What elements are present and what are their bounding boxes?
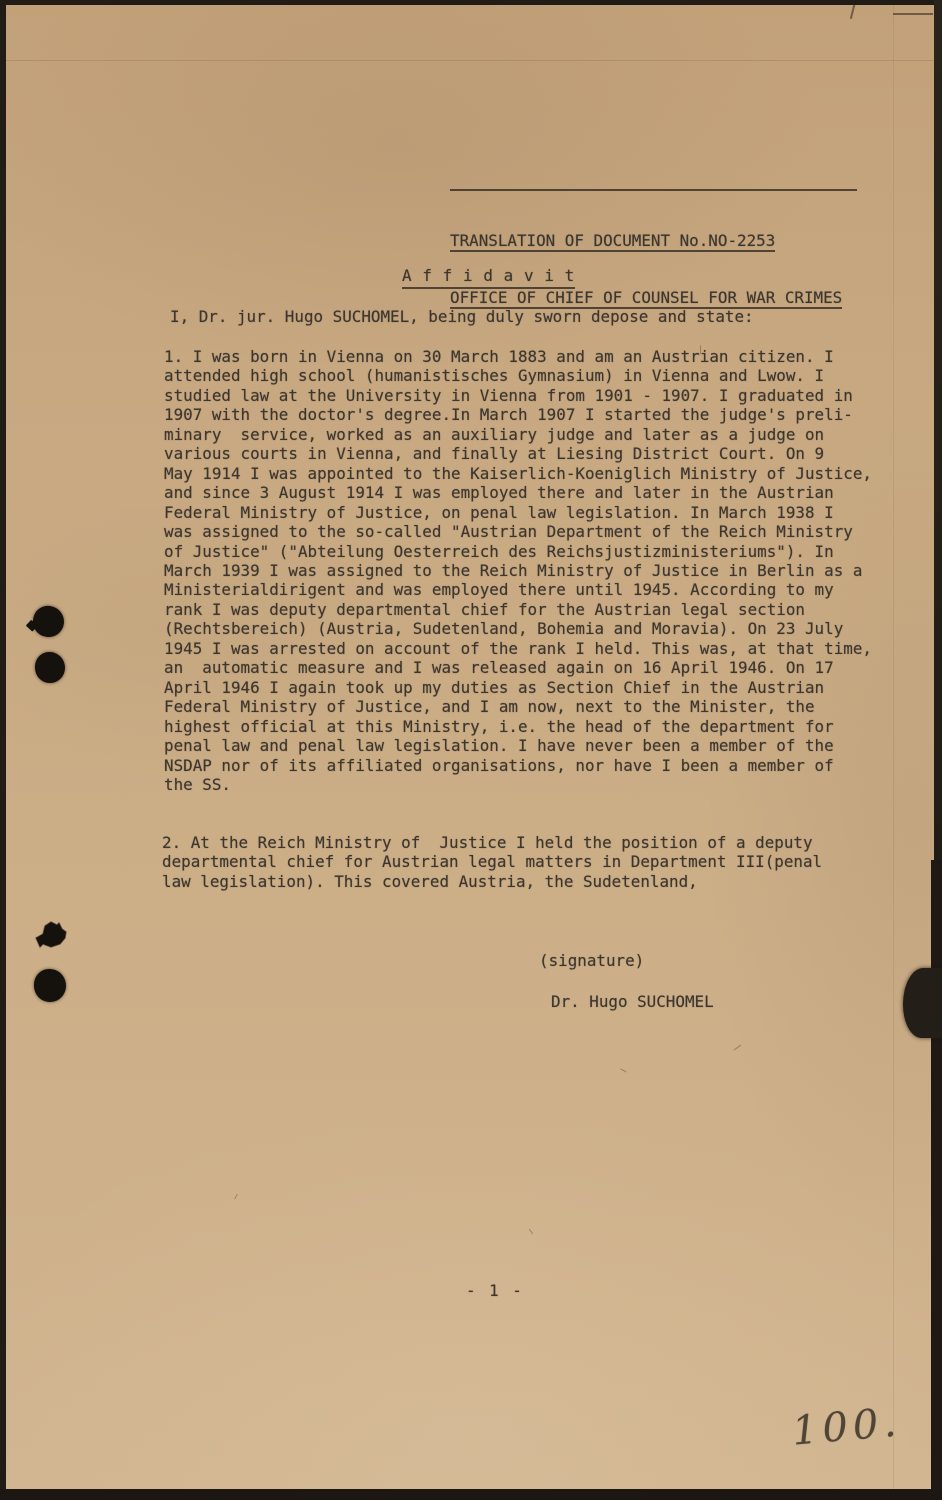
- page-number: - 1 -: [466, 1281, 524, 1300]
- header-line-1-text: TRANSLATION OF DOCUMENT No.NO-2253: [450, 231, 775, 252]
- text-line: various courts in Vienna, and finally at…: [164, 444, 872, 463]
- punch-hole: [34, 969, 66, 1002]
- text-line: 1. I was born in Vienna on 30 March 1883…: [164, 347, 872, 366]
- paragraph-1: 1. I was born in Vienna on 30 March 1883…: [164, 347, 872, 794]
- text-line: the SS.: [164, 775, 872, 794]
- text-line: May 1914 I was appointed to the Kaiserli…: [164, 464, 872, 483]
- text-line: studied law at the University in Vienna …: [164, 386, 872, 405]
- text-line: Federal Ministry of Justice, and I am no…: [164, 697, 872, 716]
- text-line: of Justice" ("Abteilung Oesterreich des …: [164, 542, 872, 561]
- paper-tear: [903, 968, 942, 1038]
- document-page: TRANSLATION OF DOCUMENT No.NO-2253 OFFIC…: [0, 0, 942, 1500]
- header-line-2: OFFICE OF CHIEF OF COUNSEL FOR WAR CRIME…: [450, 288, 857, 307]
- header-line-2-text: OFFICE OF CHIEF OF COUNSEL FOR WAR CRIME…: [450, 288, 842, 309]
- paper-speck: [700, 345, 701, 354]
- text-line: and since 3 August 1914 I was employed t…: [164, 483, 872, 502]
- text-line: highest official at this Ministry, i.e. …: [164, 717, 872, 736]
- paper-speck: [620, 1068, 627, 1072]
- paper-crease-horizontal: [0, 60, 942, 61]
- text-line: April 1946 I again took up my duties as …: [164, 678, 872, 697]
- text-line: rank I was deputy departmental chief for…: [164, 600, 872, 619]
- handwritten-page-number: 100.: [790, 1399, 903, 1454]
- text-line: Federal Ministry of Justice, on penal la…: [164, 503, 872, 522]
- text-line: minary service, worked as an auxiliary j…: [164, 425, 872, 444]
- text-line: 1907 with the doctor's degree.In March 1…: [164, 405, 872, 424]
- scan-edge-right-lower: [931, 860, 942, 1500]
- scan-edge-top: [0, 0, 942, 5]
- signature-placeholder: (signature): [539, 951, 644, 970]
- text-line: law legislation). This covered Austria, …: [162, 872, 822, 891]
- scan-edge-bottom: [0, 1489, 942, 1500]
- header-line-1: TRANSLATION OF DOCUMENT No.NO-2253: [450, 231, 857, 250]
- punch-hole-torn: [34, 921, 70, 951]
- paper-speck: [529, 1229, 533, 1234]
- paragraph-2: 2. At the Reich Ministry of Justice I he…: [162, 833, 822, 891]
- text-line: an automatic measure and I was released …: [164, 658, 872, 677]
- paper-crease-vertical: [893, 0, 894, 1500]
- punch-hole: [31, 604, 66, 639]
- signatory-name: Dr. Hugo SUCHOMEL: [551, 992, 714, 1011]
- text-line: attended high school (humanistisches Gym…: [164, 366, 872, 385]
- text-line: 2. At the Reich Ministry of Justice I he…: [162, 833, 822, 852]
- text-line: (Rechtsbereich) (Austria, Sudetenland, B…: [164, 619, 872, 638]
- text-line: penal law and penal law legislation. I h…: [164, 736, 872, 755]
- text-line: 1945 I was arrested on account of the ra…: [164, 639, 872, 658]
- text-line: was assigned to the so-called "Austrian …: [164, 522, 872, 541]
- punch-hole: [35, 652, 65, 683]
- intro-line: I, Dr. jur. Hugo SUCHOMEL, being duly sw…: [170, 307, 754, 326]
- text-line: departmental chief for Austrian legal ma…: [162, 852, 822, 871]
- paper-speck: [234, 1194, 238, 1200]
- text-line: Ministerialdirigent and was employed the…: [164, 580, 872, 599]
- text-line: NSDAP nor of its affiliated organisation…: [164, 756, 872, 775]
- affidavit-title: A f f i d a v i t: [402, 266, 575, 289]
- paper-speck: [734, 1045, 742, 1051]
- scan-edge-left: [0, 0, 6, 1500]
- text-line: March 1939 I was assigned to the Reich M…: [164, 561, 872, 580]
- pencil-mark: [893, 13, 933, 15]
